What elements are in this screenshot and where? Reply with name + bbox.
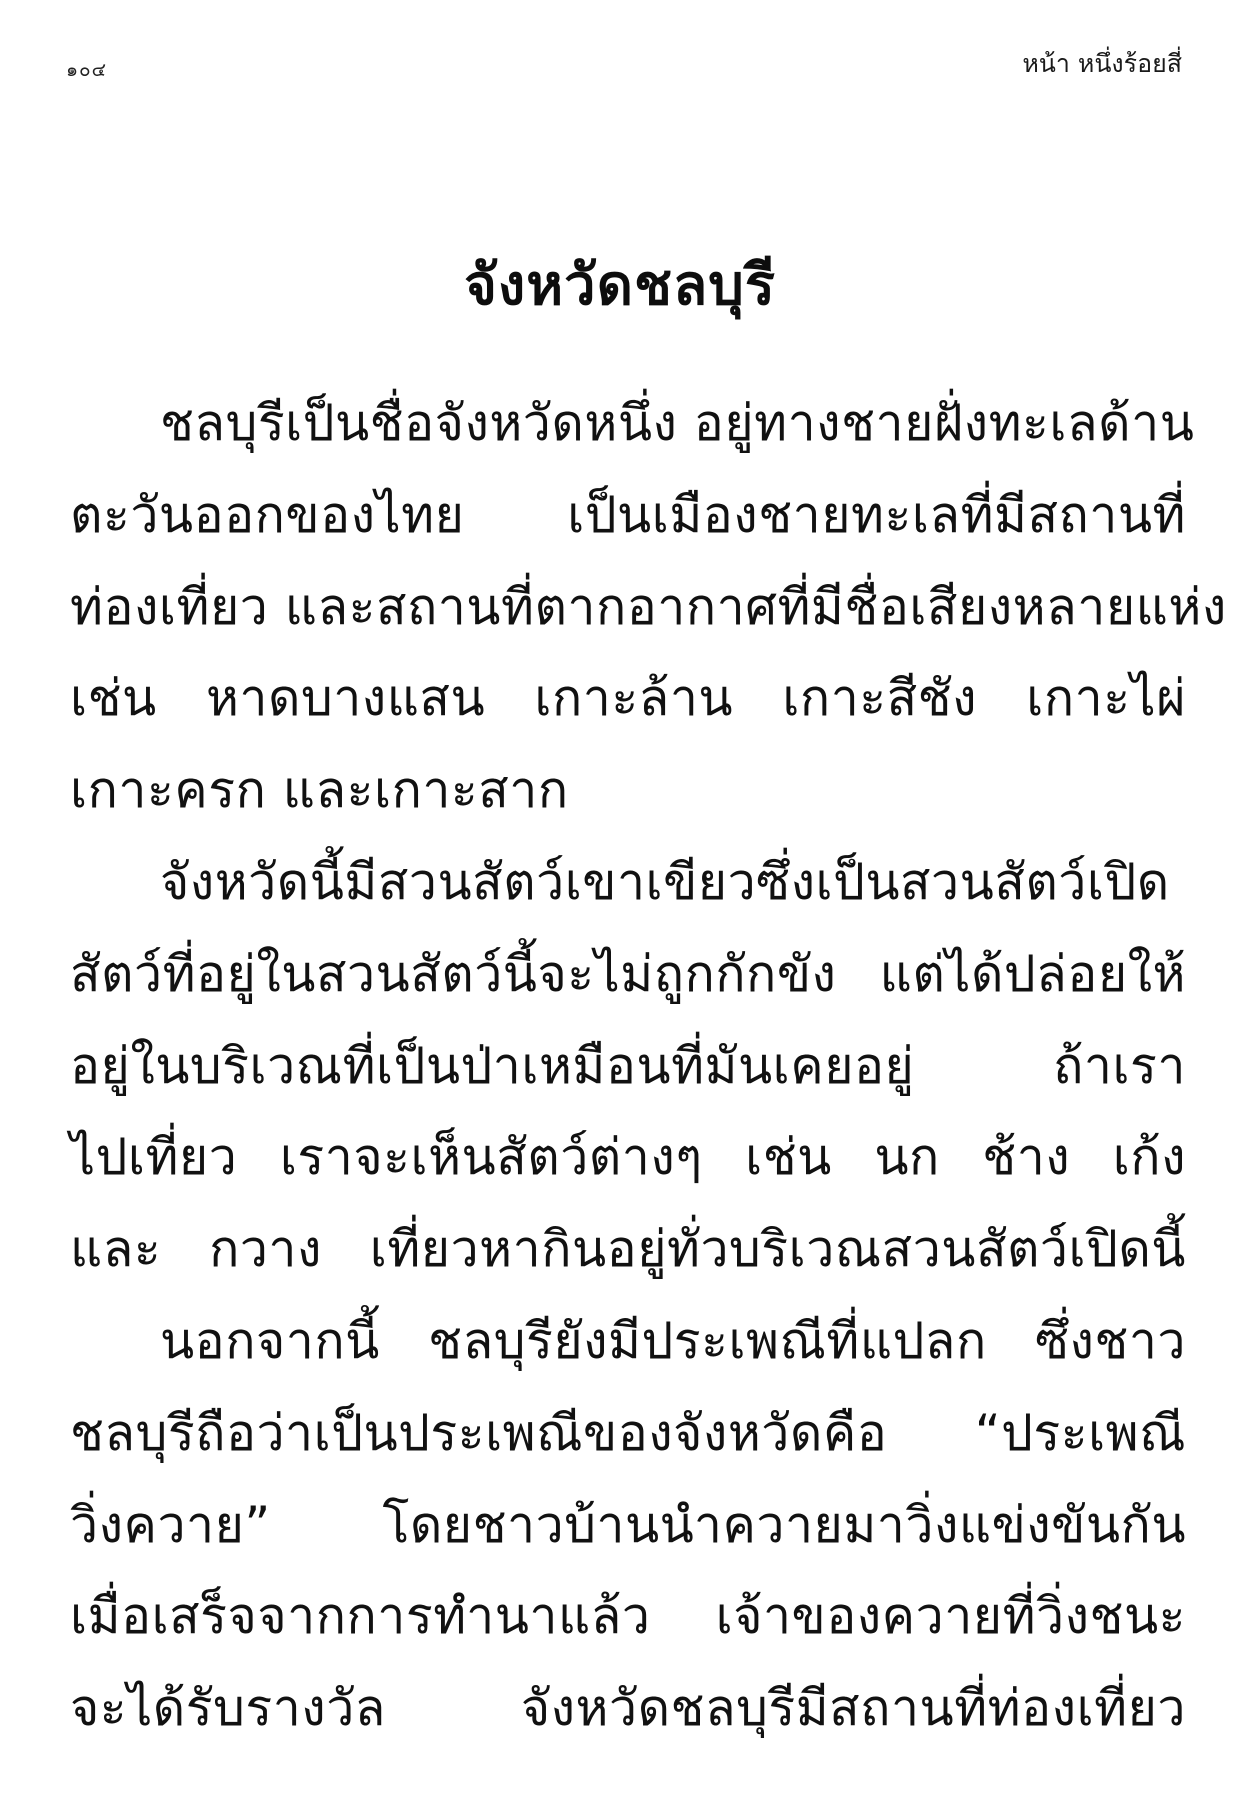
text-line: ท่องเที่ยว และสถานที่ตากอากาศที่มีชื่อเส… [70,562,1186,654]
text-line: อยู่ในบริเวณที่เป็นป่าเหมือนที่มันเคยอยู… [70,1021,1186,1113]
paragraph-1: ชลบุรีเป็นชื่อจังหวัดหนึ่ง อยู่ทางชายฝั่… [70,378,1186,837]
text-line: นอกจากนี้ ชลบุรียังมีประเพณีที่แปลก ซึ่ง… [70,1296,1186,1388]
text-line: ชลบุรีถือว่าเป็นประเพณีของจังหวัดคือ “ปร… [70,1388,1186,1480]
text-line: สัตว์ที่อยู่ในสวนสัตว์นี้จะไม่ถูกกักขัง … [70,929,1186,1021]
text-line: ชลบุรีเป็นชื่อจังหวัดหนึ่ง อยู่ทางชายฝั่… [70,378,1186,470]
page-number: ๑๐๔ [66,58,107,82]
paragraph-3: นอกจากนี้ ชลบุรียังมีประเพณีที่แปลก ซึ่ง… [70,1296,1186,1755]
text-line: เมื่อเสร็จจากการทำนาแล้ว เจ้าของควายที่ว… [70,1571,1186,1663]
running-header: หน้า หนึ่งร้อยสี่ [1022,48,1182,80]
paragraph-2: จังหวัดนี้มีสวนสัตว์เขาเขียวซึ่งเป็นสวนส… [70,837,1186,1296]
text-line: ไปเที่ยว เราจะเห็นสัตว์ต่างๆ เช่น นก ช้า… [70,1112,1186,1204]
text-line: เช่น หาดบางแสน เกาะล้าน เกาะสีชัง เกาะไผ… [70,653,1186,745]
text-line: วิ่งควาย” โดยชาวบ้านนำควายมาวิ่งแข่งขันก… [70,1480,1186,1572]
text-line: และ กวาง เที่ยวหากินอยู่ทั่วบริเวณสวนสัต… [70,1204,1186,1296]
text-line: ตะวันออกของไทย เป็นเมืองชายทะเลที่มีสถาน… [70,470,1186,562]
body-text: ชลบุรีเป็นชื่อจังหวัดหนึ่ง อยู่ทางชายฝั่… [70,378,1186,1755]
text-line: จังหวัดนี้มีสวนสัตว์เขาเขียวซึ่งเป็นสวนส… [70,837,1186,929]
document-title: จังหวัดชลบุรี [0,246,1240,326]
text-line: เกาะครก และเกาะสาก [70,745,1186,837]
text-line: จะได้รับรางวัล จังหวัดชลบุรีมีสถานที่ท่อ… [70,1663,1186,1755]
